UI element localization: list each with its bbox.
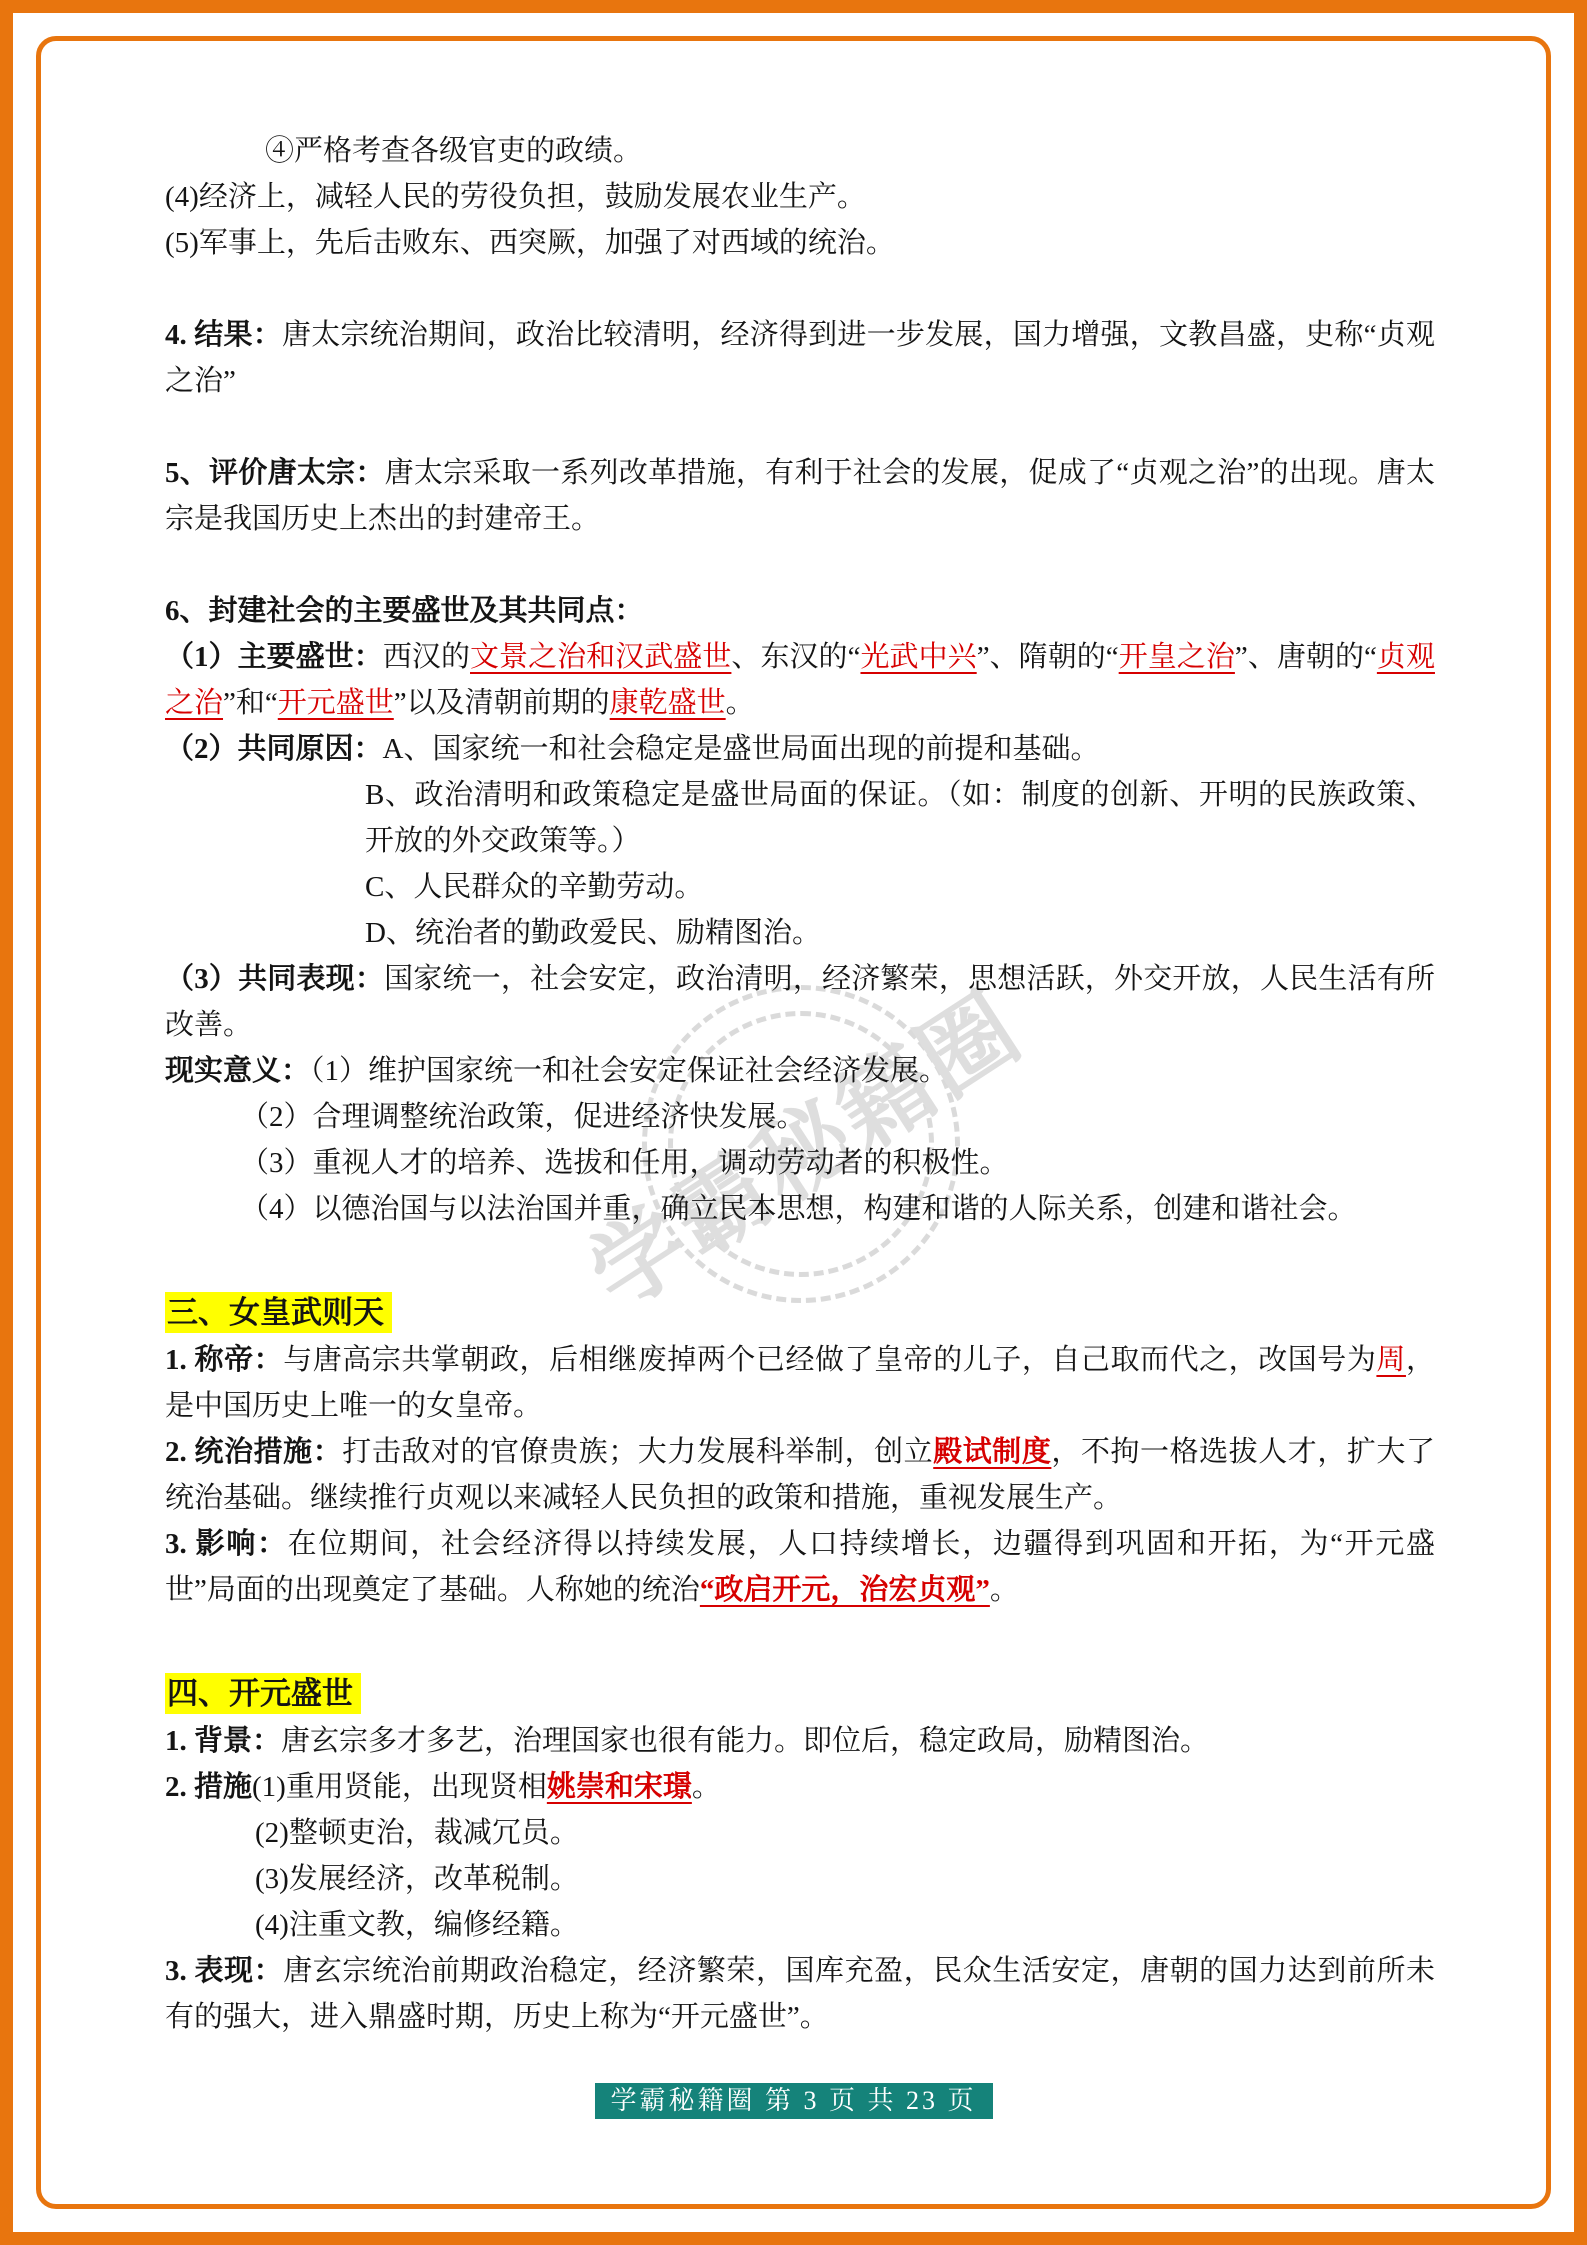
text-run: 现实意义： bbox=[165, 1055, 310, 1087]
text-run: 唐太宗统治期间，政治比较清明，经济得到进一步发展，国力增强，文教昌盛，史称“贞观… bbox=[165, 319, 1435, 397]
text-run: ”、唐朝的“ bbox=[1235, 641, 1377, 673]
paragraph: 6、封建社会的主要盛世及其共同点： bbox=[165, 588, 1435, 634]
paragraph: 5、评价唐太宗：唐太宗采取一系列改革措施，有利于社会的发展，促成了“贞观之治”的… bbox=[165, 450, 1435, 542]
text-run: （4）以德治国与以法治国并重，确立民本思想，构建和谐的人际关系，创建和谐社会。 bbox=[240, 1193, 1357, 1225]
text-run: 2. 措施 bbox=[165, 1771, 252, 1803]
paragraph: 现实意义：（1）维护国家统一和社会安定保证社会经济发展。 bbox=[165, 1048, 1435, 1094]
paragraph: （3）共同表现：国家统一，社会安定，政治清明，经济繁荣，思想活跃，外交开放，人民… bbox=[165, 956, 1435, 1048]
paragraph: 2. 统治措施：打击敌对的官僚贵族；大力发展科举制，创立殿试制度，不拘一格选拔人… bbox=[165, 1429, 1435, 1521]
paragraph: 3. 表现：唐玄宗统治前期政治稳定，经济繁荣，国库充盈，民众生活安定，唐朝的国力… bbox=[165, 1948, 1435, 2040]
text-run: (1)重用贤能，出现贤相 bbox=[252, 1771, 547, 1803]
document-body: ④严格考查各级官吏的政绩。(4)经济上，减轻人民的劳役负担，鼓励发展农业生产。(… bbox=[165, 128, 1435, 2040]
text-run: （3）重视人才的培养、选拔和任用，调动劳动者的积极性。 bbox=[240, 1147, 1009, 1179]
text-run: D、统治者的勤政爱民、励精图治。 bbox=[365, 917, 821, 949]
text-run: 4. 结果： bbox=[165, 319, 282, 351]
text-run: ”和“ bbox=[223, 687, 278, 719]
key-term-text: 文景之治和汉武盛世 bbox=[470, 641, 731, 673]
paragraph: (3)发展经济，改革税制。 bbox=[255, 1856, 1435, 1902]
text-run: (2)整顿吏治，裁减冗员。 bbox=[255, 1817, 579, 1849]
paragraph: （3）重视人才的培养、选拔和任用，调动劳动者的积极性。 bbox=[240, 1140, 1435, 1186]
key-term-text: 殿试制度 bbox=[933, 1436, 1051, 1468]
paragraph: 2. 措施(1)重用贤能，出现贤相姚崇和宋璟。 bbox=[165, 1764, 1435, 1810]
section-heading-wuzetian: 三、女皇武则天 bbox=[165, 1290, 1435, 1337]
paragraph: （4）以德治国与以法治国并重，确立民本思想，构建和谐的人际关系，创建和谐社会。 bbox=[240, 1186, 1435, 1232]
text-run: (5)军事上，先后击败东、西突厥，加强了对西域的统治。 bbox=[165, 227, 895, 259]
text-run: 2. 统治措施： bbox=[165, 1436, 342, 1468]
key-term-text: 开皇之治 bbox=[1119, 641, 1235, 673]
key-term-text: 康乾盛世 bbox=[610, 687, 726, 719]
paragraph: 1. 称帝：与唐高宗共掌朝政，后相继废掉两个已经做了皇帝的儿子，自己取而代之，改… bbox=[165, 1337, 1435, 1429]
text-run: C、人民群众的辛勤劳动。 bbox=[365, 871, 703, 903]
text-run: 打击敌对的官僚贵族；大力发展科举制，创立 bbox=[342, 1436, 933, 1468]
text-run: （2）合理调整统治政策，促进经济快发展。 bbox=[240, 1101, 806, 1133]
text-run: （2）共同原因： bbox=[165, 733, 383, 765]
text-run: 3. 影响： bbox=[165, 1528, 288, 1560]
paragraph: (4)经济上，减轻人民的劳役负担，鼓励发展农业生产。 bbox=[165, 174, 1435, 220]
text-run: 。 bbox=[726, 687, 755, 719]
text-run: 5、评价唐太宗： bbox=[165, 457, 385, 489]
page-footer: 学霸秘籍圈 第 3 页 共 23 页 bbox=[594, 2083, 992, 2119]
text-run: 西汉的 bbox=[383, 641, 470, 673]
paragraph: (4)注重文教，编修经籍。 bbox=[255, 1902, 1435, 1948]
text-run: ”以及清朝前期的 bbox=[394, 687, 610, 719]
text-run: 6、封建社会的主要盛世及其共同点： bbox=[165, 595, 644, 627]
text-run: A、国家统一和社会稳定是盛世局面出现的前提和基础。 bbox=[383, 733, 1100, 765]
paragraph: （1）主要盛世：西汉的文景之治和汉武盛世、东汉的“光武中兴”、隋朝的“开皇之治”… bbox=[165, 634, 1435, 726]
text-run: ”、隋朝的“ bbox=[977, 641, 1119, 673]
text-run: ④严格考查各级官吏的政绩。 bbox=[265, 135, 642, 167]
paragraph: D、统治者的勤政爱民、励精图治。 bbox=[365, 910, 1435, 956]
paragraph: B、政治清明和政策稳定是盛世局面的保证。（如：制度的创新、开明的民族政策、开放的… bbox=[365, 772, 1435, 864]
key-term-text: “政启开元，治宏贞观” bbox=[700, 1574, 990, 1606]
paragraph: C、人民群众的辛勤劳动。 bbox=[365, 864, 1435, 910]
paragraph: 4. 结果：唐太宗统治期间，政治比较清明，经济得到进一步发展，国力增强，文教昌盛… bbox=[165, 312, 1435, 404]
key-term-text: 姚崇和宋璟 bbox=[547, 1771, 692, 1803]
section-heading-kaiyuan: 四、开元盛世 bbox=[165, 1671, 1435, 1718]
text-run: (4)注重文教，编修经籍。 bbox=[255, 1909, 579, 1941]
text-run: （1）维护国家统一和社会安定保证社会经济发展。 bbox=[310, 1055, 948, 1087]
paragraph: (5)军事上，先后击败东、西突厥，加强了对西域的统治。 bbox=[165, 220, 1435, 266]
section-heading-text: 四、开元盛世 bbox=[165, 1673, 361, 1714]
paragraph: 3. 影响：在位期间，社会经济得以持续发展，人口持续增长，边疆得到巩固和开拓，为… bbox=[165, 1521, 1435, 1613]
text-run: 1. 称帝： bbox=[165, 1344, 283, 1376]
text-run: （1）主要盛世： bbox=[165, 641, 383, 673]
text-run: 唐玄宗统治前期政治稳定，经济繁荣，国库充盈，民众生活安定，唐朝的国力达到前所未有… bbox=[165, 1955, 1435, 2033]
paragraph: （2）共同原因：A、国家统一和社会稳定是盛世局面出现的前提和基础。 bbox=[165, 726, 1435, 772]
paragraph: （2）合理调整统治政策，促进经济快发展。 bbox=[240, 1094, 1435, 1140]
text-run: (4)经济上，减轻人民的劳役负担，鼓励发展农业生产。 bbox=[165, 181, 866, 213]
text-run: 。 bbox=[692, 1771, 721, 1803]
text-run: 唐玄宗多才多艺，治理国家也很有能力。即位后，稳定政局，励精图治。 bbox=[281, 1725, 1209, 1757]
section-heading-text: 三、女皇武则天 bbox=[165, 1292, 392, 1333]
key-term-text: 周 bbox=[1376, 1344, 1406, 1376]
text-run: 3. 表现： bbox=[165, 1955, 283, 1987]
text-run: 与唐高宗共掌朝政，后相继废掉两个已经做了皇帝的儿子，自己取而代之，改国号为 bbox=[283, 1344, 1376, 1376]
text-run: (3)发展经济，改革税制。 bbox=[255, 1863, 579, 1895]
text-run: B、政治清明和政策稳定是盛世局面的保证。（如：制度的创新、开明的民族政策、开放的… bbox=[365, 779, 1435, 857]
paragraph: (2)整顿吏治，裁减冗员。 bbox=[255, 1810, 1435, 1856]
text-run: （3）共同表现： bbox=[165, 963, 384, 995]
paragraph: 1. 背景：唐玄宗多才多艺，治理国家也很有能力。即位后，稳定政局，励精图治。 bbox=[165, 1718, 1435, 1764]
paragraph: ④严格考查各级官吏的政绩。 bbox=[265, 128, 1435, 174]
text-run: 、东汉的“ bbox=[731, 641, 860, 673]
text-run: 1. 背景： bbox=[165, 1725, 281, 1757]
key-term-text: 开元盛世 bbox=[278, 687, 394, 719]
text-run: 。 bbox=[990, 1574, 1019, 1606]
key-term-text: 光武中兴 bbox=[860, 641, 976, 673]
